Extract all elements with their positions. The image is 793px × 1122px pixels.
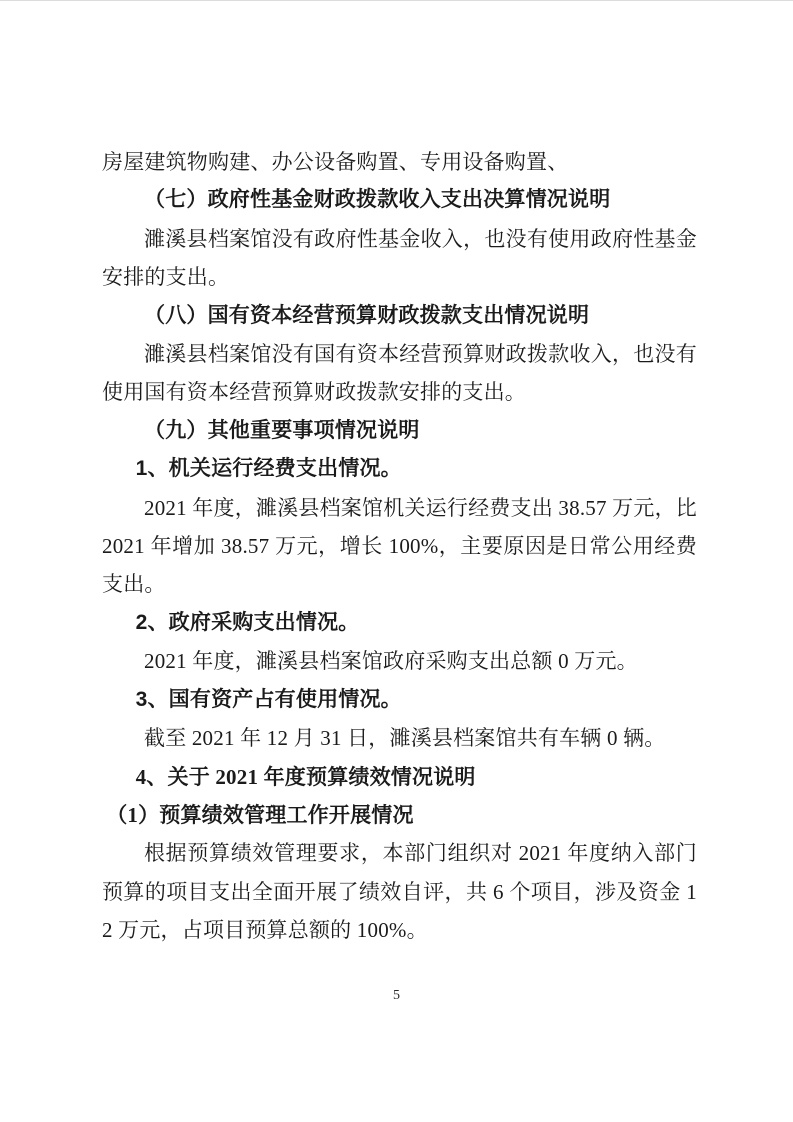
document-body: 房屋建筑物购建、办公设备购置、专用设备购置、 （七）政府性基金财政拨款收入支出决… — [102, 143, 697, 950]
body-paragraph-continuation: 房屋建筑物购建、办公设备购置、专用设备购置、 — [102, 143, 697, 181]
sub-heading-1: （1）预算绩效管理工作开展情况 — [102, 796, 697, 834]
numbered-heading-1: 1、机关运行经费支出情况。 — [102, 450, 697, 488]
numbered-heading-4: 4、关于 2021 年度预算绩效情况说明 — [102, 758, 697, 796]
section-heading-9: （九）其他重要事项情况说明 — [102, 412, 697, 450]
body-paragraph: 濉溪县档案馆没有政府性基金收入，也没有使用政府性基金安排的支出。 — [102, 220, 697, 297]
body-paragraph: 2021 年度，濉溪县档案馆政府采购支出总额 0 万元。 — [102, 642, 697, 680]
document-page: 房屋建筑物购建、办公设备购置、专用设备购置、 （七）政府性基金财政拨款收入支出决… — [0, 0, 793, 1122]
body-paragraph: 截至 2021 年 12 月 31 日，濉溪县档案馆共有车辆 0 辆。 — [102, 719, 697, 757]
section-heading-8: （八）国有资本经营预算财政拨款支出情况说明 — [102, 297, 697, 335]
page-number: 5 — [0, 987, 793, 1005]
section-heading-7: （七）政府性基金财政拨款收入支出决算情况说明 — [102, 181, 697, 219]
body-paragraph: 2021 年度，濉溪县档案馆机关运行经费支出 38.57 万元，比 2021 年… — [102, 489, 697, 604]
body-paragraph: 濉溪县档案馆没有国有资本经营预算财政拨款收入，也没有使用国有资本经营预算财政拨款… — [102, 335, 697, 412]
numbered-heading-2: 2、政府采购支出情况。 — [102, 604, 697, 642]
numbered-heading-3: 3、国有资产占有使用情况。 — [102, 681, 697, 719]
body-paragraph: 根据预算绩效管理要求，本部门组织对 2021 年度纳入部门预算的项目支出全面开展… — [102, 834, 697, 949]
